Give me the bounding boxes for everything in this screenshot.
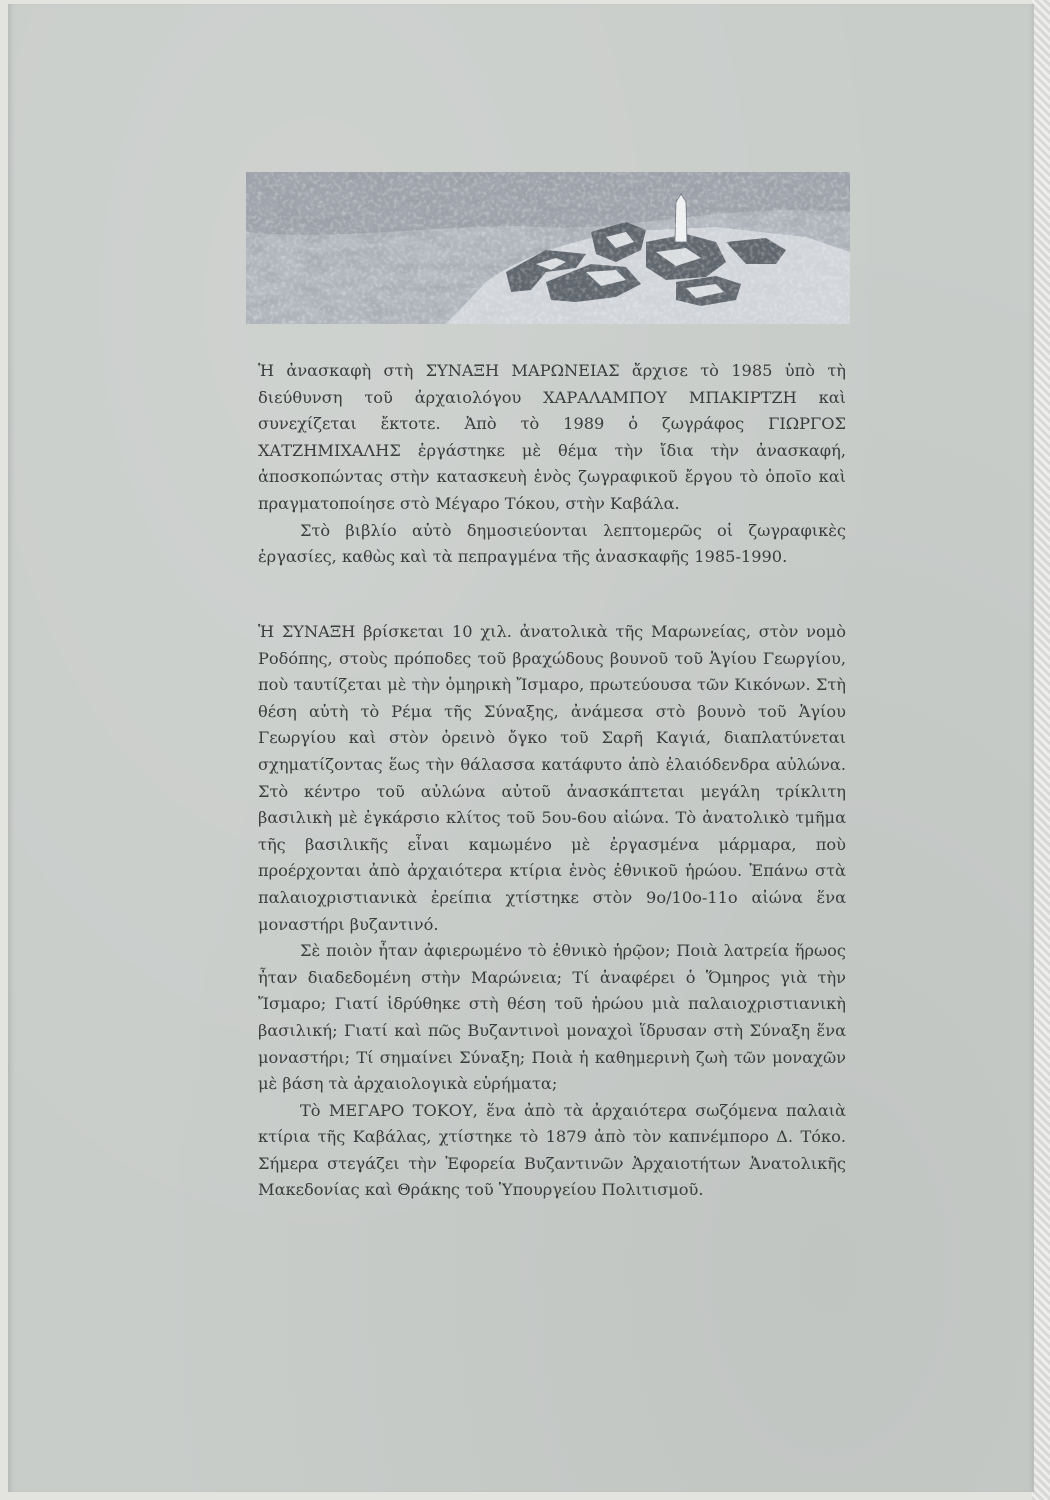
intro-paragraph-2: Στὸ βιβλίο αὐτὸ δημοσιεύονται λεπτομερῶς… (258, 518, 846, 571)
body-text: Ἡ ΣΥΝΑΞΗ βρίσκεται 10 χιλ. ἀνατολικὰ τῆς… (258, 619, 846, 1204)
intro-text: Ἡ ἀνασκαφὴ στὴ ΣΥΝΑΞΗ ΜΑΡΩΝΕΙΑΣ ἄρχισε τ… (258, 358, 846, 571)
table-surface (1032, 0, 1050, 1500)
excavation-photo (246, 172, 850, 324)
intro-paragraph-1: Ἡ ἀνασκαφὴ στὴ ΣΥΝΑΞΗ ΜΑΡΩΝΕΙΑΣ ἄρχισε τ… (258, 358, 846, 518)
aerial-ruins-icon (246, 172, 850, 324)
body-paragraph-location: Ἡ ΣΥΝΑΞΗ βρίσκεται 10 χιλ. ἀνατολικὰ τῆς… (258, 619, 846, 938)
body-paragraph-tokou-mansion: Τὸ ΜΕΓΑΡΟ ΤΟΚΟΥ, ἕνα ἀπὸ τὰ ἀρχαιότερα σ… (258, 1098, 846, 1204)
body-paragraph-questions: Σὲ ποιὸν ἦταν ἀφιερωμένο τὸ ἐθνικὸ ἡρῷον… (258, 938, 846, 1098)
